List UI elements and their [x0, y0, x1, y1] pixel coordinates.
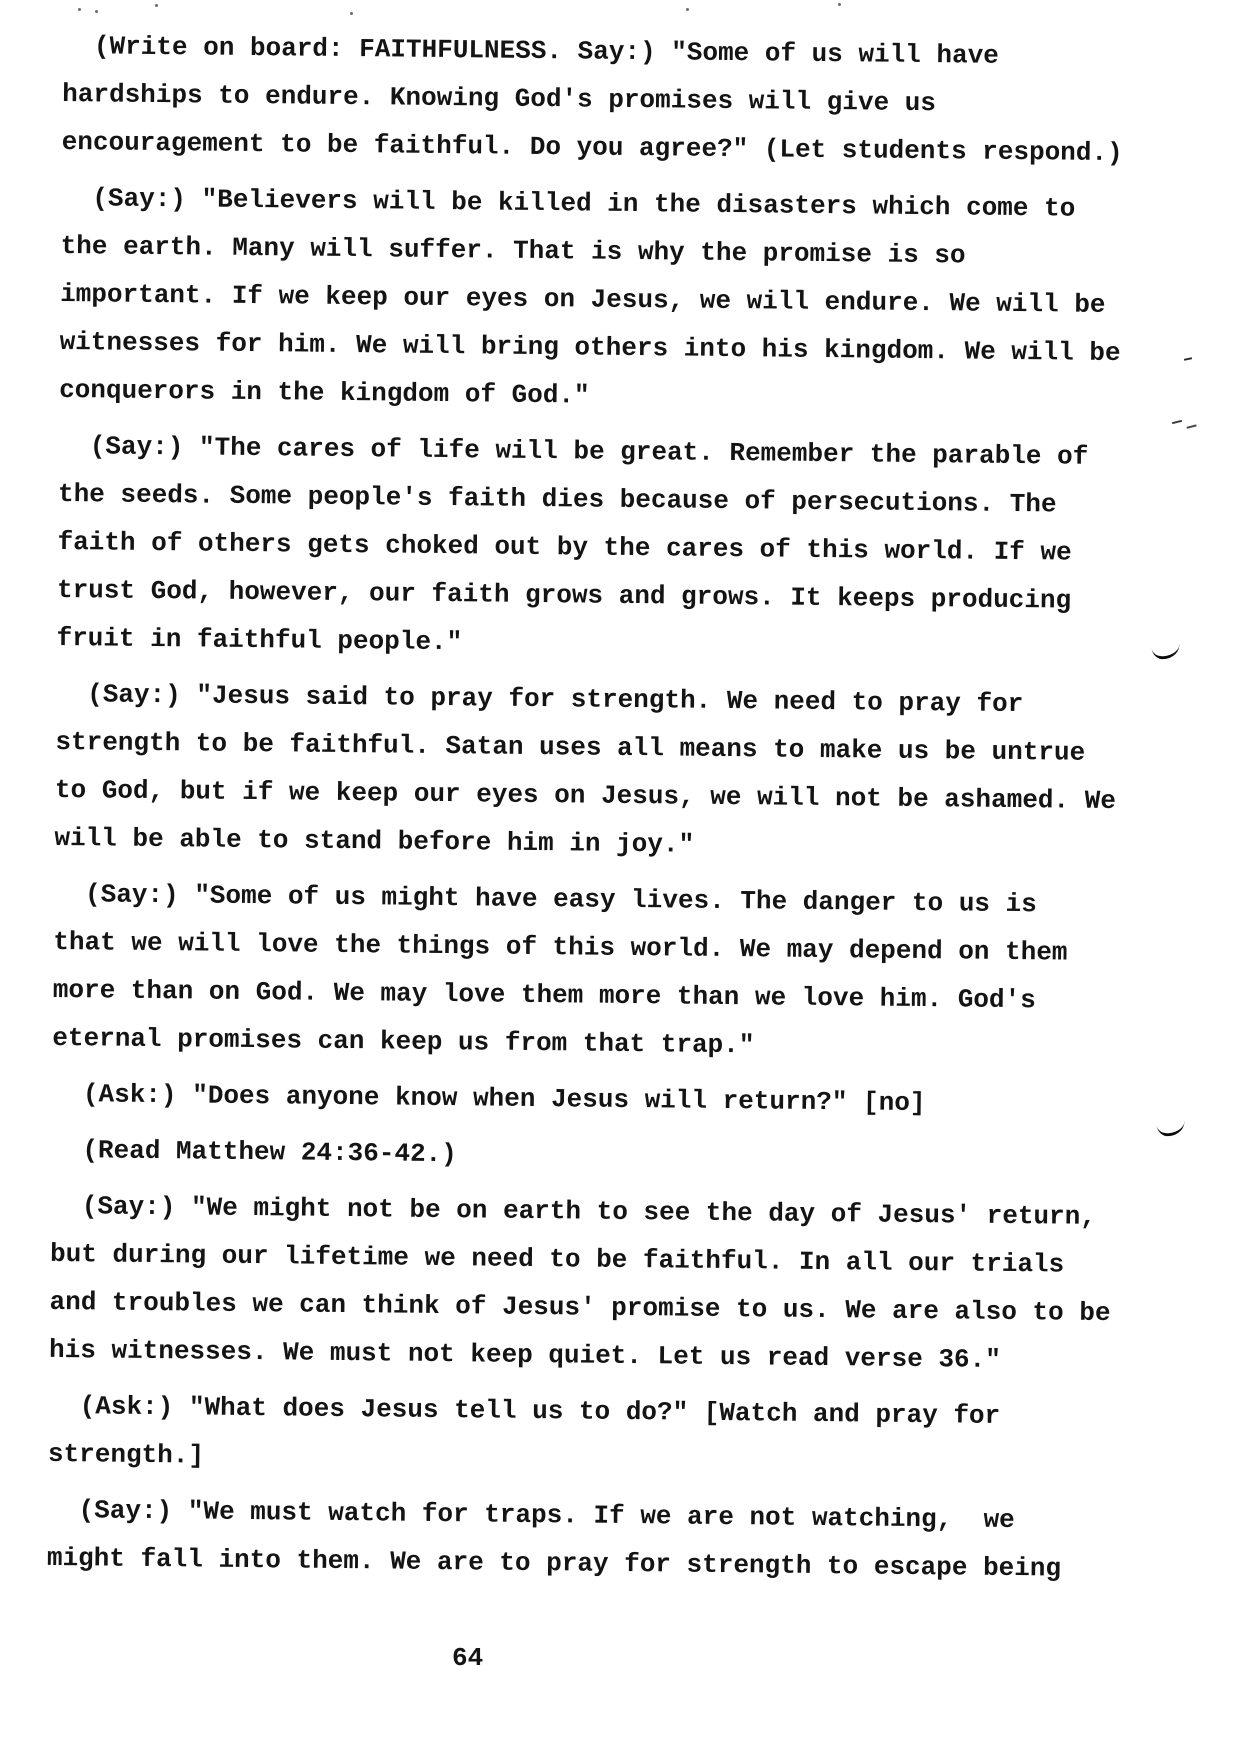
scan-speck-icon [838, 3, 841, 6]
scanned-document-page: { "document": { "background_color": "#ff… [0, 0, 1240, 1753]
lesson-text-block: (Write on board: FAITHFULNESS. Say:) "So… [47, 22, 1173, 1602]
scan-dash-dot-icon [1172, 420, 1182, 424]
page-number: 64 [452, 1638, 483, 1678]
paragraph: (Say:) "We might not be on earth to see … [49, 1182, 1161, 1386]
text-line: his witnesses. We must not keep quiet. L… [49, 1326, 1159, 1386]
paragraph: (Say:) "Jesus said to pray for strength.… [54, 670, 1166, 874]
paragraph: (Read Matthew 24:36-42.) [51, 1126, 1161, 1186]
paragraph: (Ask:) "Does anyone know when Jesus will… [52, 1070, 1162, 1130]
scan-speck-icon [350, 12, 353, 15]
paragraph: (Say:) "The cares of life will be great.… [56, 422, 1168, 674]
scan-speck-icon [95, 10, 98, 13]
scanned-page: (Write on board: FAITHFULNESS. Say:) "So… [0, 0, 1240, 1753]
scan-dash-icon [1184, 357, 1192, 361]
scan-speck-icon [155, 4, 158, 7]
scan-speck-icon [78, 8, 81, 11]
text-line: might fall into them. We are to pray for… [47, 1534, 1157, 1594]
paragraph: (Write on board: FAITHFULNESS. Say:) "So… [61, 22, 1172, 178]
scan-speck-icon [686, 8, 689, 11]
text-line: (Read Matthew 24:36-42.) [51, 1126, 1161, 1186]
paragraph: (Say:) "Some of us might have easy lives… [52, 870, 1164, 1074]
text-line: encouragement to be faithful. Do you agr… [61, 118, 1171, 178]
paragraph: (Say:) "Believers will be killed in the … [59, 174, 1171, 426]
paragraph: (Say:) "We must watch for traps. If we a… [47, 1486, 1158, 1594]
paragraph: (Ask:) "What does Jesus tell us to do?" … [48, 1382, 1159, 1490]
text-line: (Ask:) "Does anyone know when Jesus will… [52, 1070, 1162, 1130]
